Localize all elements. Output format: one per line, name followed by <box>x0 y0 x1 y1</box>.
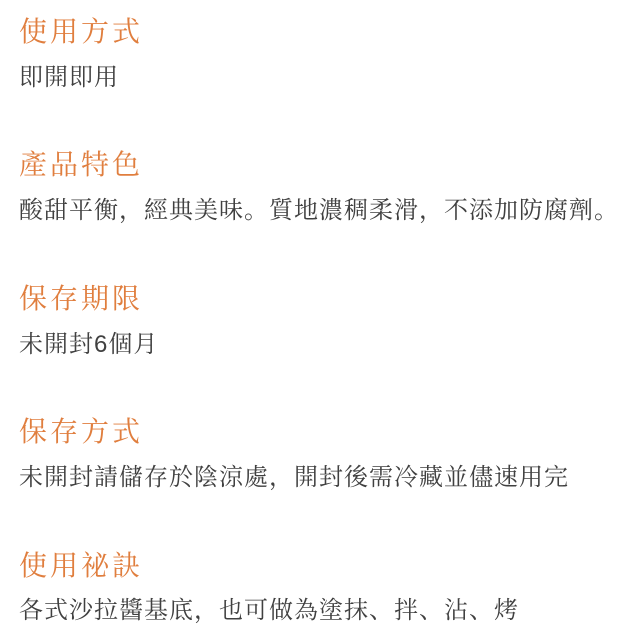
section-storage-method: 保存方式 未開封請儲存於陰涼處，開封後需冷藏並儘速用完 <box>19 413 622 494</box>
section-usage-tips: 使用祕訣 各式沙拉醬基底，也可做為塗抹、拌、沾、烤 <box>19 547 622 628</box>
section-body: 酸甜平衡，經典美味。質地濃稠柔滑，不添加防腐劑。 <box>19 194 622 228</box>
section-heading: 產品特色 <box>19 146 622 184</box>
section-usage-method: 使用方式 即開即用 <box>19 13 622 94</box>
section-body: 未開封6個月 <box>19 328 622 362</box>
section-product-features: 產品特色 酸甜平衡，經典美味。質地濃稠柔滑，不添加防腐劑。 <box>19 146 622 227</box>
product-info-panel: 使用方式 即開即用 產品特色 酸甜平衡，經典美味。質地濃稠柔滑，不添加防腐劑。 … <box>0 0 640 628</box>
section-body: 各式沙拉醬基底，也可做為塗抹、拌、沾、烤 <box>19 594 622 628</box>
section-body: 即開即用 <box>19 61 622 95</box>
section-heading: 使用祕訣 <box>19 547 622 585</box>
section-heading: 保存期限 <box>19 280 622 318</box>
section-shelf-life: 保存期限 未開封6個月 <box>19 280 622 361</box>
section-heading: 使用方式 <box>19 13 622 51</box>
section-body: 未開封請儲存於陰涼處，開封後需冷藏並儘速用完 <box>19 461 622 495</box>
section-heading: 保存方式 <box>19 413 622 451</box>
